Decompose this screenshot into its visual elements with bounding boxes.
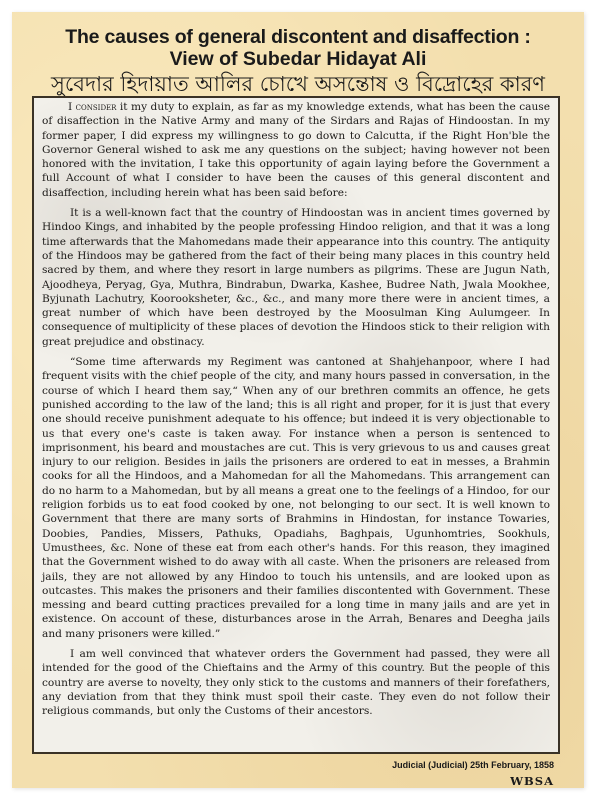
paragraph-3: “Some time afterwards my Regiment was ca… xyxy=(42,355,550,641)
title-block: The causes of general discontent and dis… xyxy=(12,26,584,97)
parchment-frame: The causes of general discontent and dis… xyxy=(12,12,584,788)
newspaper-clipping: I consider it my duty to explain, as far… xyxy=(32,96,560,754)
archive-mark: WBSA xyxy=(510,774,554,788)
dropcap-opening: I consider xyxy=(68,101,116,113)
source-reference: Judicial (Judicial) 25th February, 1858 xyxy=(392,760,554,770)
paragraph-4: I am well convinced that whatever orders… xyxy=(42,647,550,718)
title-english-line1: The causes of general discontent and dis… xyxy=(12,26,584,48)
paragraph-1: I consider it my duty to explain, as far… xyxy=(42,100,550,200)
title-english-line2: View of Subedar Hidayat Ali xyxy=(12,48,584,70)
paragraph-1-text: it my duty to explain, as far as my know… xyxy=(42,101,550,199)
paragraph-2: It is a well-known fact that the country… xyxy=(42,206,550,349)
title-bengali: সুবেদার হিদায়াত আলির চোখে অসন্তোষ ও বিদ… xyxy=(12,71,584,97)
